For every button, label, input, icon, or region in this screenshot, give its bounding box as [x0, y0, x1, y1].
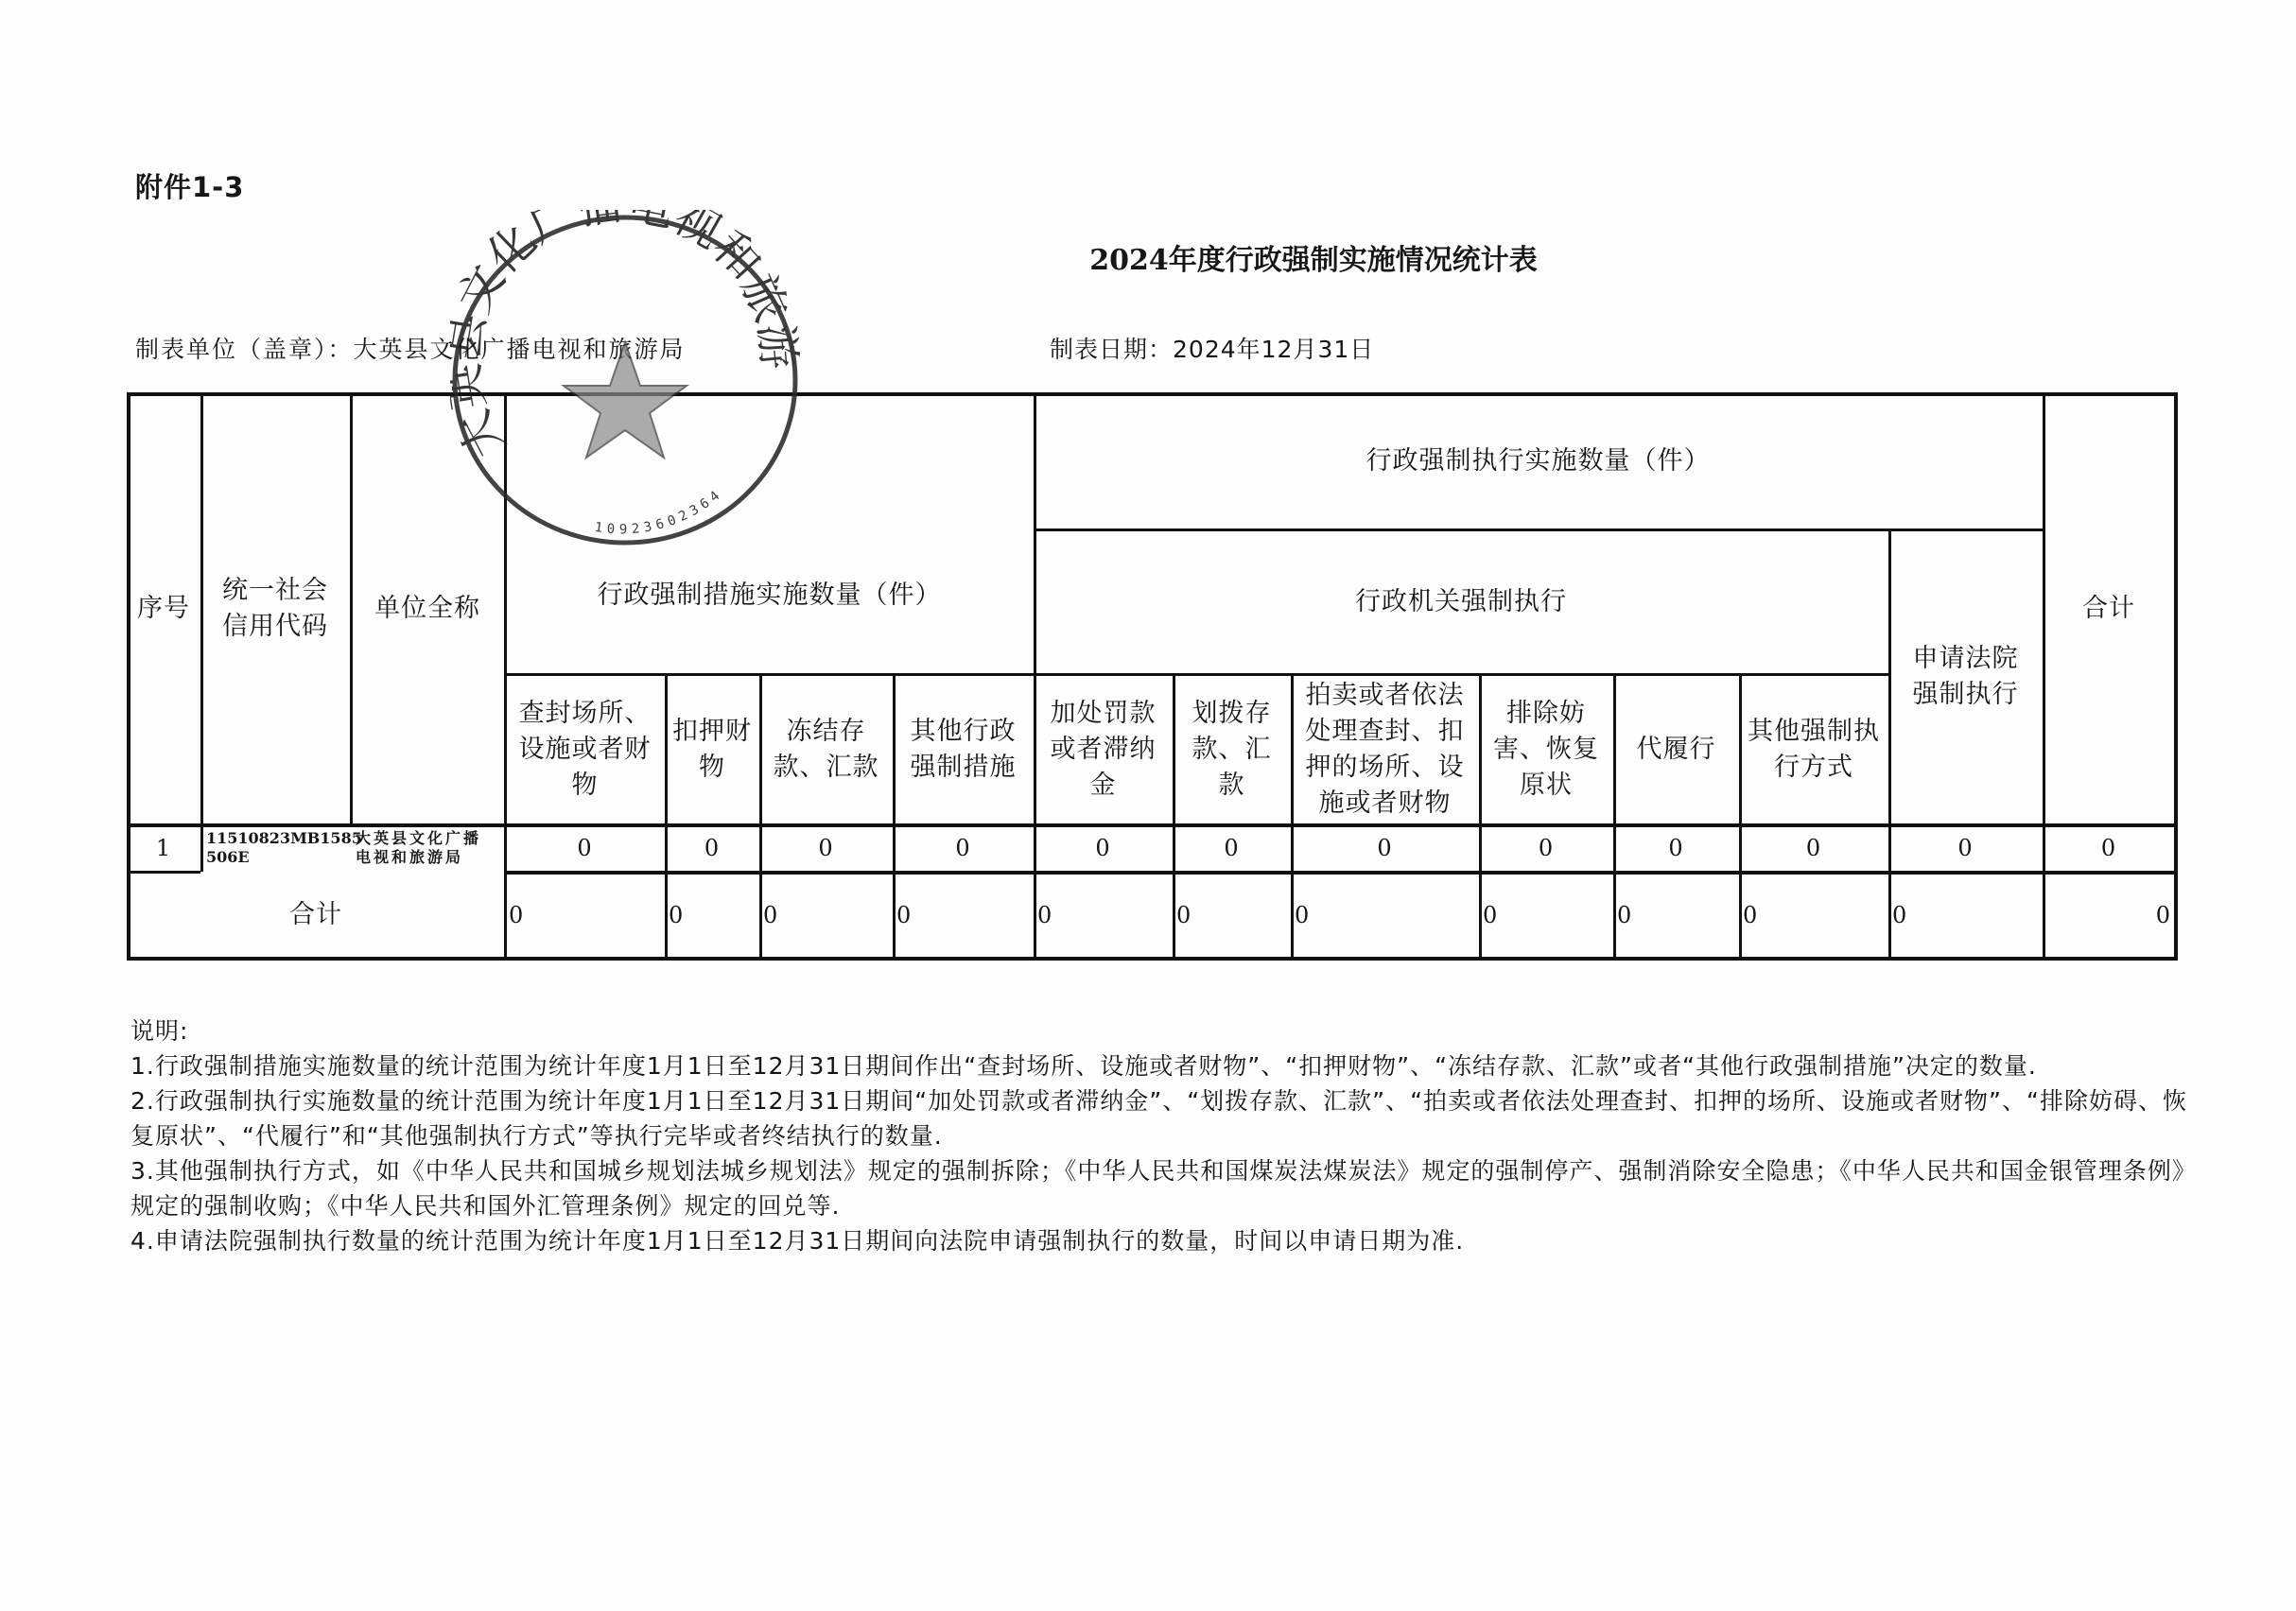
- grid-line: [2043, 392, 2045, 959]
- credit-code-line1: 11510823MB1585: [206, 829, 362, 848]
- grid-line: [1479, 673, 1482, 959]
- header-admin-exec: 拍卖或者依法处理查封、扣押的场所、设施或者财物: [1291, 674, 1479, 824]
- row-value: 0: [2043, 824, 2175, 872]
- row-value: 0: [1034, 824, 1173, 872]
- header-measures-group: 行政强制措施实施数量（件）: [505, 393, 1034, 674]
- document-title: 2024年度行政强制实施情况统计表: [0, 236, 2296, 278]
- grid-line: [504, 392, 507, 824]
- header-admin-exec: 其他强制执行方式: [1739, 674, 1888, 824]
- header-total: 合计: [2043, 393, 2175, 824]
- totals-value: 0: [665, 872, 759, 959]
- header-measure: 冻结存款、汇款: [759, 674, 893, 824]
- header-admin-exec: 划拨存款、汇款: [1173, 674, 1291, 824]
- unit-name: 大英县文化广播电视和旅游局: [354, 336, 686, 363]
- grid-line: [2174, 392, 2178, 961]
- grid-line: [759, 673, 762, 959]
- row-value: 0: [1173, 824, 1291, 872]
- row-value: 0: [1613, 824, 1739, 872]
- header-admin-exec: 代履行: [1613, 674, 1739, 824]
- totals-value: 0: [2043, 872, 2175, 959]
- header-measure: 扣押财物: [665, 674, 759, 824]
- note-item: 1.行政强制措施实施数量的统计范围为统计年度1月1日至12月31日期间作出“查封…: [130, 1048, 2192, 1083]
- grid-line: [505, 673, 1888, 676]
- note-item: 2.行政强制执行实施数量的统计范围为统计年度1月1日至12月31日期间“加处罚款…: [130, 1083, 2192, 1153]
- grid-line: [504, 824, 507, 872]
- header-unit-full-name: 单位全称: [350, 393, 505, 824]
- row-value: 0: [1479, 824, 1613, 872]
- notes-heading: 说明:: [130, 1013, 2192, 1048]
- row-value: 0: [1739, 824, 1888, 872]
- totals-value: 0: [1034, 872, 1173, 959]
- grid-line: [504, 871, 507, 959]
- date-value: 2024年12月31日: [1173, 336, 1374, 363]
- note-item: 3.其他强制执行方式，如《中华人民共和国城乡规划法城乡规划法》规定的强制拆除；《…: [130, 1153, 2192, 1223]
- note-item: 4.申请法院强制执行数量的统计范围为统计年度1月1日至12月31日期间向法院申请…: [130, 1223, 2192, 1258]
- row-value: 0: [665, 824, 759, 872]
- grid-line: [1173, 673, 1175, 959]
- grid-line: [1739, 673, 1742, 959]
- header-seq: 序号: [127, 393, 200, 824]
- grid-line: [505, 871, 2177, 875]
- totals-label: 合计: [127, 872, 505, 959]
- header-admin-exec: 加处罚款或者滞纳金: [1034, 674, 1173, 824]
- grid-line: [127, 871, 200, 874]
- grid-line: [1613, 673, 1616, 959]
- grid-line: [127, 957, 2177, 961]
- date-line: 制表日期：2024年12月31日: [1050, 331, 1374, 365]
- totals-value: 0: [759, 872, 893, 959]
- grid-line: [127, 392, 2177, 396]
- row-seq: 1: [127, 824, 200, 872]
- header-admin-exec-group: 行政机关强制执行: [1034, 529, 1888, 674]
- totals-value: 0: [1613, 872, 1739, 959]
- header-admin-exec: 排除妨害、恢复原状: [1479, 674, 1613, 824]
- row-unit-name: 大英县文化广播电视和旅游局: [350, 824, 505, 872]
- grid-line: [127, 823, 2177, 827]
- row-value: 0: [1291, 824, 1479, 872]
- attachment-label: 附件1-3: [135, 166, 244, 205]
- row-value: 0: [759, 824, 893, 872]
- grid-line: [200, 392, 203, 872]
- totals-value: 0: [893, 872, 1034, 959]
- header-credit-code: 统一社会信用代码: [200, 393, 350, 824]
- unit-name-line2: 电视和旅游局: [356, 848, 463, 867]
- unit-name-line1: 大英县文化广播: [356, 829, 481, 848]
- header-measure: 其他行政强制措施: [893, 674, 1034, 824]
- header-execution-group: 行政强制执行实施数量（件）: [1034, 393, 2043, 529]
- grid-line: [127, 392, 130, 961]
- unit-label: 制表单位（盖章）：: [135, 336, 354, 363]
- header-court-exec: 申请法院强制执行: [1888, 529, 2043, 824]
- notes-section: 说明: 1.行政强制措施实施数量的统计范围为统计年度1月1日至12月31日期间作…: [130, 1013, 2192, 1258]
- totals-value: 0: [1173, 872, 1291, 959]
- row-value: 0: [1888, 824, 2043, 872]
- date-label: 制表日期：: [1050, 336, 1173, 363]
- grid-line: [1291, 673, 1294, 959]
- header-measure: 查封场所、设施或者财物: [505, 674, 665, 824]
- credit-code-line2: 506E: [206, 848, 250, 867]
- row-value: 0: [505, 824, 665, 872]
- grid-line: [665, 673, 668, 959]
- row-credit-code: 11510823MB1585506E: [200, 824, 350, 872]
- grid-line: [893, 673, 896, 959]
- totals-value: 0: [1888, 872, 2043, 959]
- totals-value: 0: [1739, 872, 1888, 959]
- totals-value: 0: [505, 872, 665, 959]
- totals-value: 0: [1479, 872, 1613, 959]
- unit-line: 制表单位（盖章）：大英县文化广播电视和旅游局: [135, 331, 686, 365]
- row-value: 0: [893, 824, 1034, 872]
- grid-line: [1888, 528, 1891, 959]
- totals-value: 0: [1291, 872, 1479, 959]
- grid-line: [1034, 392, 1036, 959]
- grid-line: [350, 392, 353, 824]
